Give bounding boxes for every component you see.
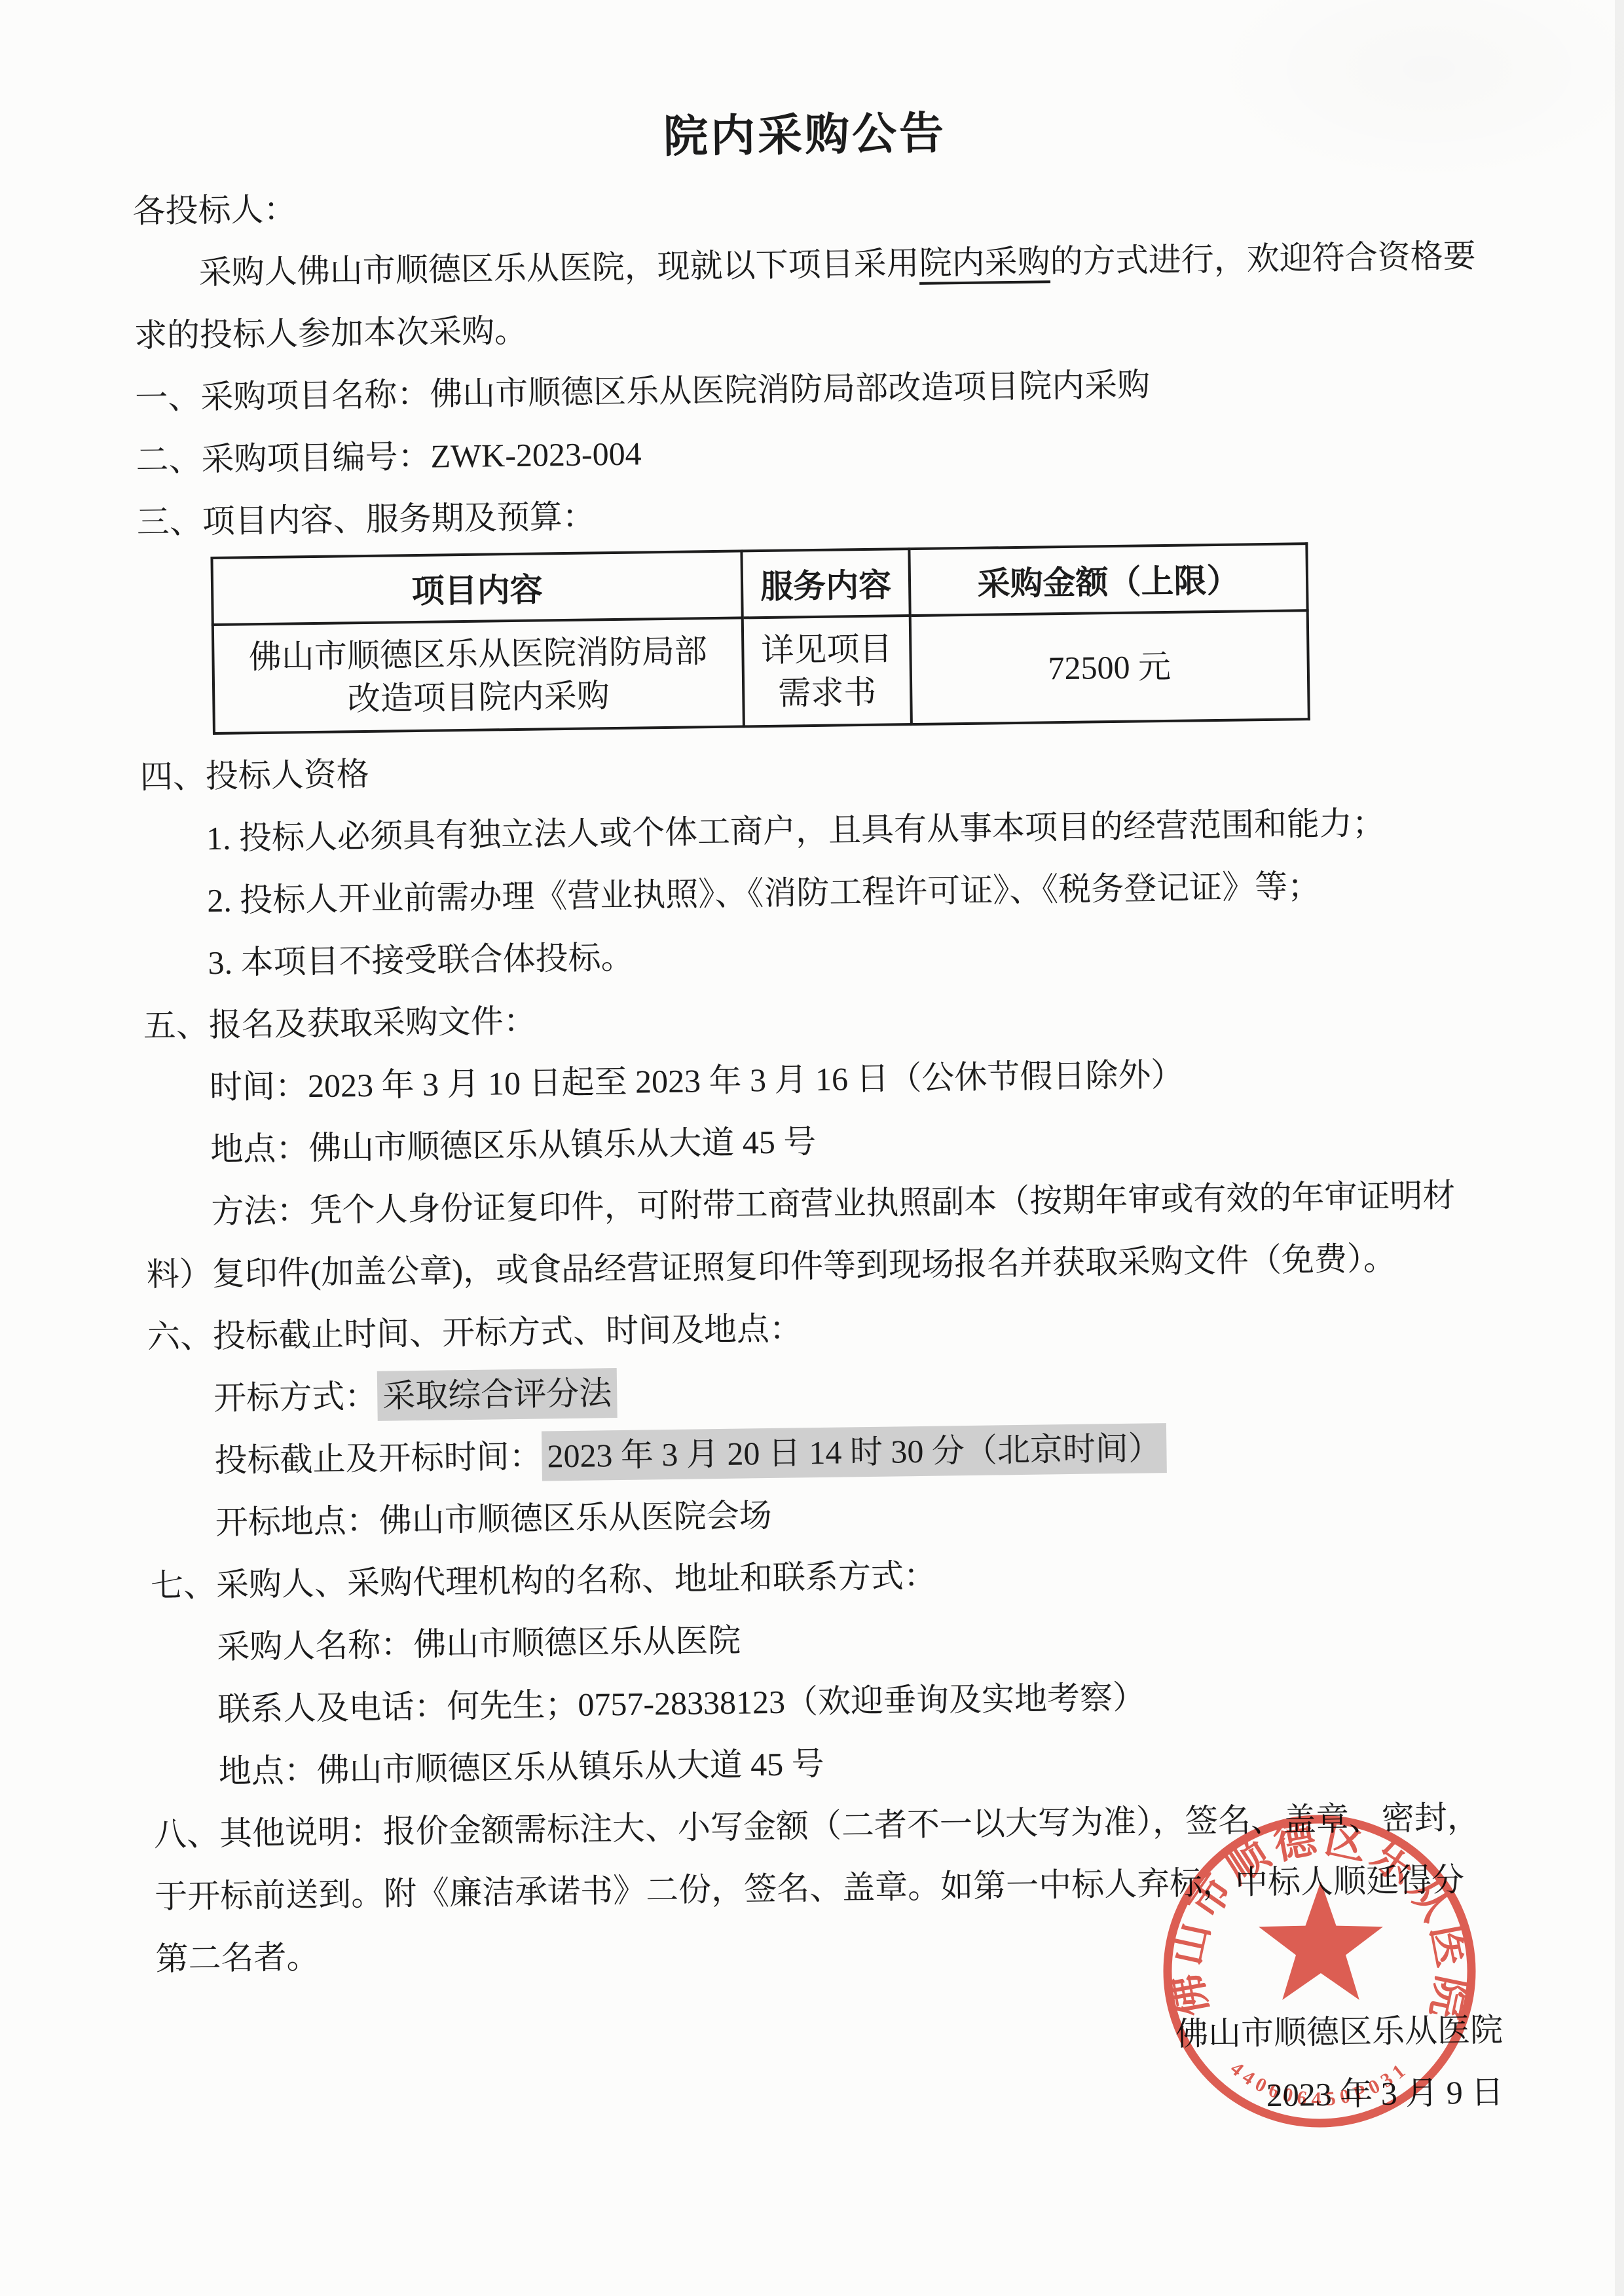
intro-text-post: 的方式进行，欢迎符合资格要 (1050, 238, 1476, 280)
intro-text-pre: 采购人佛山市顺德区乐从医院，现就以下项目采用 (198, 245, 919, 291)
bid-deadline-value-highlighted: 2023 年 3 月 20 日 14 时 30 分（北京时间） (542, 1423, 1166, 1481)
cell-project-content: 佛山市顺德区乐从医院消防局部改造项目院内采购 (213, 618, 744, 733)
bid-deadline-label: 投标截止及开标时间： (214, 1438, 542, 1479)
scanned-document-page: 院内采购公告 各投标人： 采购人佛山市顺德区乐从医院，现就以下项目采用院内采购的… (0, 0, 1624, 2296)
table-row: 佛山市顺德区乐从医院消防局部改造项目院内采购 详见项目需求书 72500 元 (213, 610, 1309, 733)
table-header-service-content: 服务内容 (741, 549, 910, 618)
cell-amount: 72500 元 (910, 610, 1309, 724)
budget-table: 项目内容 服务内容 采购金额（上限） 佛山市顺德区乐从医院消防局部改造项目院内采… (210, 542, 1310, 735)
table-header-project-content: 项目内容 (212, 551, 742, 625)
open-bid-method-label: 开标方式： (213, 1378, 378, 1416)
document-body: 院内采购公告 各投标人： 采购人佛山市顺德区乐从医院，现就以下项目采用院内采购的… (131, 90, 1504, 2141)
intro-underlined-term: 院内采购 (919, 243, 1050, 282)
table-header-amount: 采购金额（上限） (909, 544, 1307, 616)
open-bid-method-value-highlighted: 采取综合评分法 (377, 1368, 618, 1421)
cell-service-content: 详见项目需求书 (743, 616, 912, 726)
